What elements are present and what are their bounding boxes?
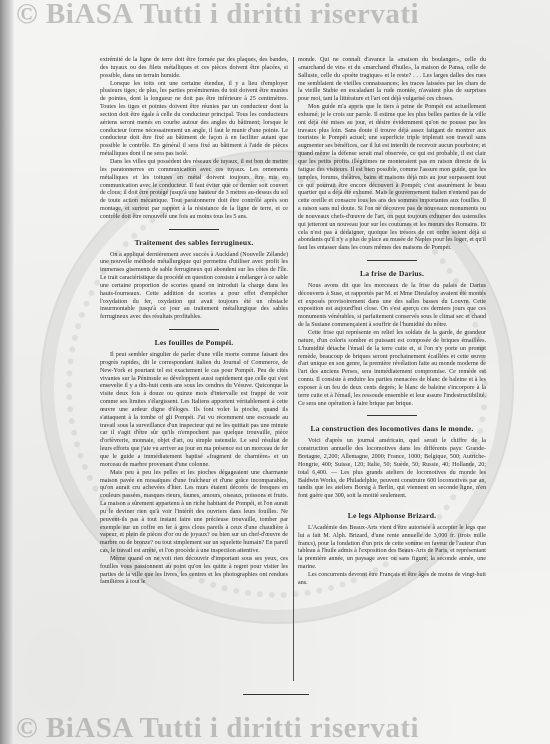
paragraph: On a appliqué dernièrement avec succès à… xyxy=(100,252,288,323)
section-rule xyxy=(169,229,219,230)
section-rule xyxy=(367,415,417,416)
copyright-watermark-bottom: © BiASA Tutti i diritti riservati xyxy=(16,712,419,744)
paragraph: extrémité de la ligne de terre doit être… xyxy=(100,57,288,81)
section-rule xyxy=(169,329,219,330)
section-title-pompei: Les fouilles de Pompéi. xyxy=(100,339,288,347)
paragraph: Même quand on ne voit rien découvrir d'i… xyxy=(100,556,288,587)
page-end-rule xyxy=(243,694,309,695)
paragraph: Cette frise qui représente en relief les… xyxy=(298,330,486,408)
section-rule xyxy=(367,260,417,261)
right-column: monde. Qui ne connaît d'avance la «maiso… xyxy=(298,57,486,588)
paragraph: monde. Qui ne connaît d'avance la «maiso… xyxy=(298,57,486,104)
paragraph: Voici d'après un journal américain, quel… xyxy=(298,438,486,501)
section-title-darius: La frise de Darius. xyxy=(298,270,486,278)
book-binding-edge xyxy=(0,0,14,744)
paragraph: Il peut sembler singulier de parler d'un… xyxy=(100,352,288,470)
section-title-brizard: Le legs Alphonse Brizard. xyxy=(298,512,486,520)
paragraph: Mais peu à peu les pelles et les pioches… xyxy=(100,470,288,556)
section-title-sables: Traitement des sables ferrugineux. xyxy=(100,239,288,247)
paragraph: Les concurrents devront être Français et… xyxy=(298,572,486,588)
paragraph: L'Académie des Beaux-Arts vient d'être a… xyxy=(298,525,486,572)
paragraph: Mon guide m'a appris que le tiers à pein… xyxy=(298,104,486,253)
left-column: extrémité de la ligne de terre doit être… xyxy=(100,57,288,587)
paragraph: Nous avons dit que les morceaux de la fr… xyxy=(298,283,486,330)
paragraph: Dans les villes qui possèdent des réseau… xyxy=(100,159,288,222)
column-divider xyxy=(293,57,294,681)
copyright-watermark-top: © BiASA Tutti i diritti riservati xyxy=(16,0,419,31)
paragraph: Lorsque les toits ont une certaine étend… xyxy=(100,81,288,159)
section-title-locomotives: La construction des locomotives dans le … xyxy=(298,425,486,433)
